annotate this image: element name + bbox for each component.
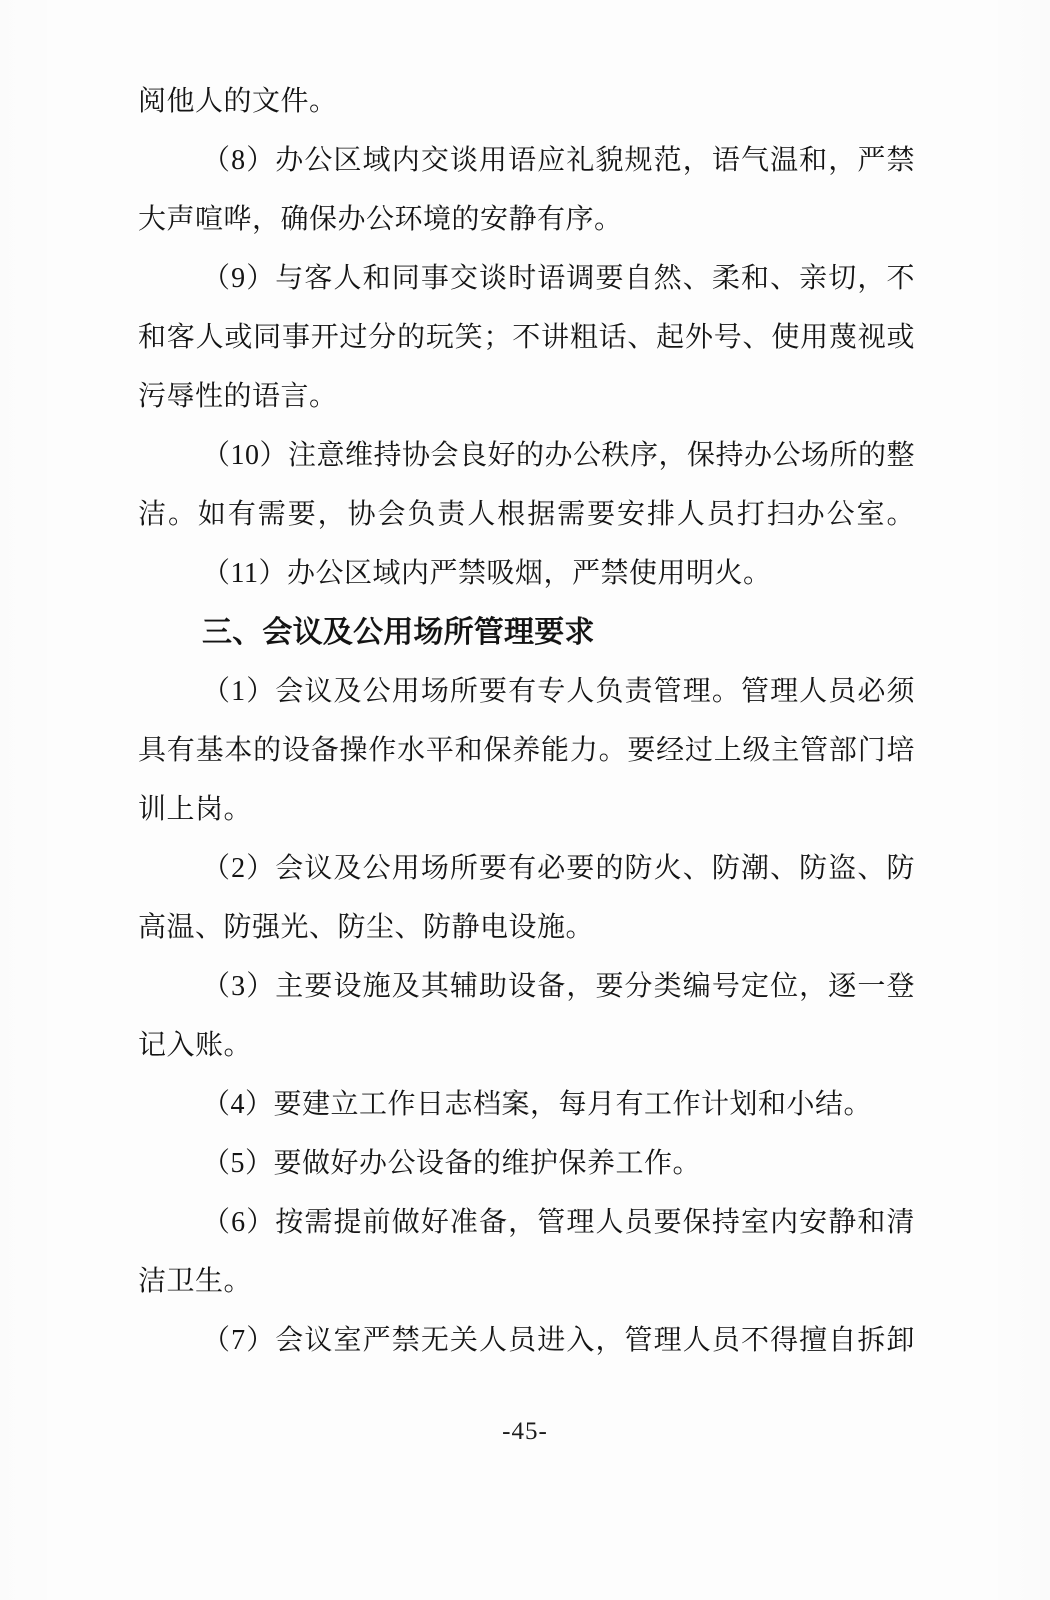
text-line: 阅他人的文件。 [138, 72, 915, 131]
document-page: 阅他人的文件。（8）办公区域内交谈用语应礼貌规范，语气温和，严禁大声喧哗，确保办… [0, 0, 1050, 1600]
text-line: 记入账。 [138, 1016, 915, 1075]
text-block: 阅他人的文件。（8）办公区域内交谈用语应礼貌规范，语气温和，严禁大声喧哗，确保办… [138, 72, 915, 1370]
text-line: 高温、防强光、防尘、防静电设施。 [138, 898, 915, 957]
text-line: （8）办公区域内交谈用语应礼貌规范，语气温和，严禁 [138, 131, 915, 190]
text-line: （9）与客人和同事交谈时语调要自然、柔和、亲切，不 [138, 249, 915, 308]
page-number: -45- [502, 1418, 548, 1445]
text-line: （1）会议及公用场所要有专人负责管理。管理人员必须 [138, 662, 915, 721]
text-line: 训上岗。 [138, 780, 915, 839]
text-line: 污辱性的语言。 [138, 367, 915, 426]
text-line: 和客人或同事开过分的玩笑；不讲粗话、起外号、使用蔑视或 [138, 308, 915, 367]
text-line: 大声喧哗，确保办公环境的安静有序。 [138, 190, 915, 249]
text-line: （4）要建立工作日志档案，每月有工作计划和小结。 [138, 1075, 915, 1134]
page-footer: -45- [0, 1418, 1050, 1446]
text-line: （3）主要设施及其辅助设备，要分类编号定位，逐一登 [138, 957, 915, 1016]
text-line: （6）按需提前做好准备，管理人员要保持室内安静和清 [138, 1193, 915, 1252]
text-line: （2）会议及公用场所要有必要的防火、防潮、防盗、防 [138, 839, 915, 898]
text-line: 洁卫生。 [138, 1252, 915, 1311]
text-line: （7）会议室严禁无关人员进入，管理人员不得擅自拆卸 [138, 1311, 915, 1370]
text-line: （10）注意维持协会良好的办公秩序，保持办公场所的整 [138, 426, 915, 485]
text-line: （5）要做好办公设备的维护保养工作。 [138, 1134, 915, 1193]
text-line: 洁。如有需要，协会负责人根据需要安排人员打扫办公室。 [138, 485, 915, 544]
text-line: 具有基本的设备操作水平和保养能力。要经过上级主管部门培 [138, 721, 915, 780]
text-line: （11）办公区域内严禁吸烟，严禁使用明火。 [138, 544, 915, 603]
section-heading: 三、会议及公用场所管理要求 [138, 603, 915, 662]
